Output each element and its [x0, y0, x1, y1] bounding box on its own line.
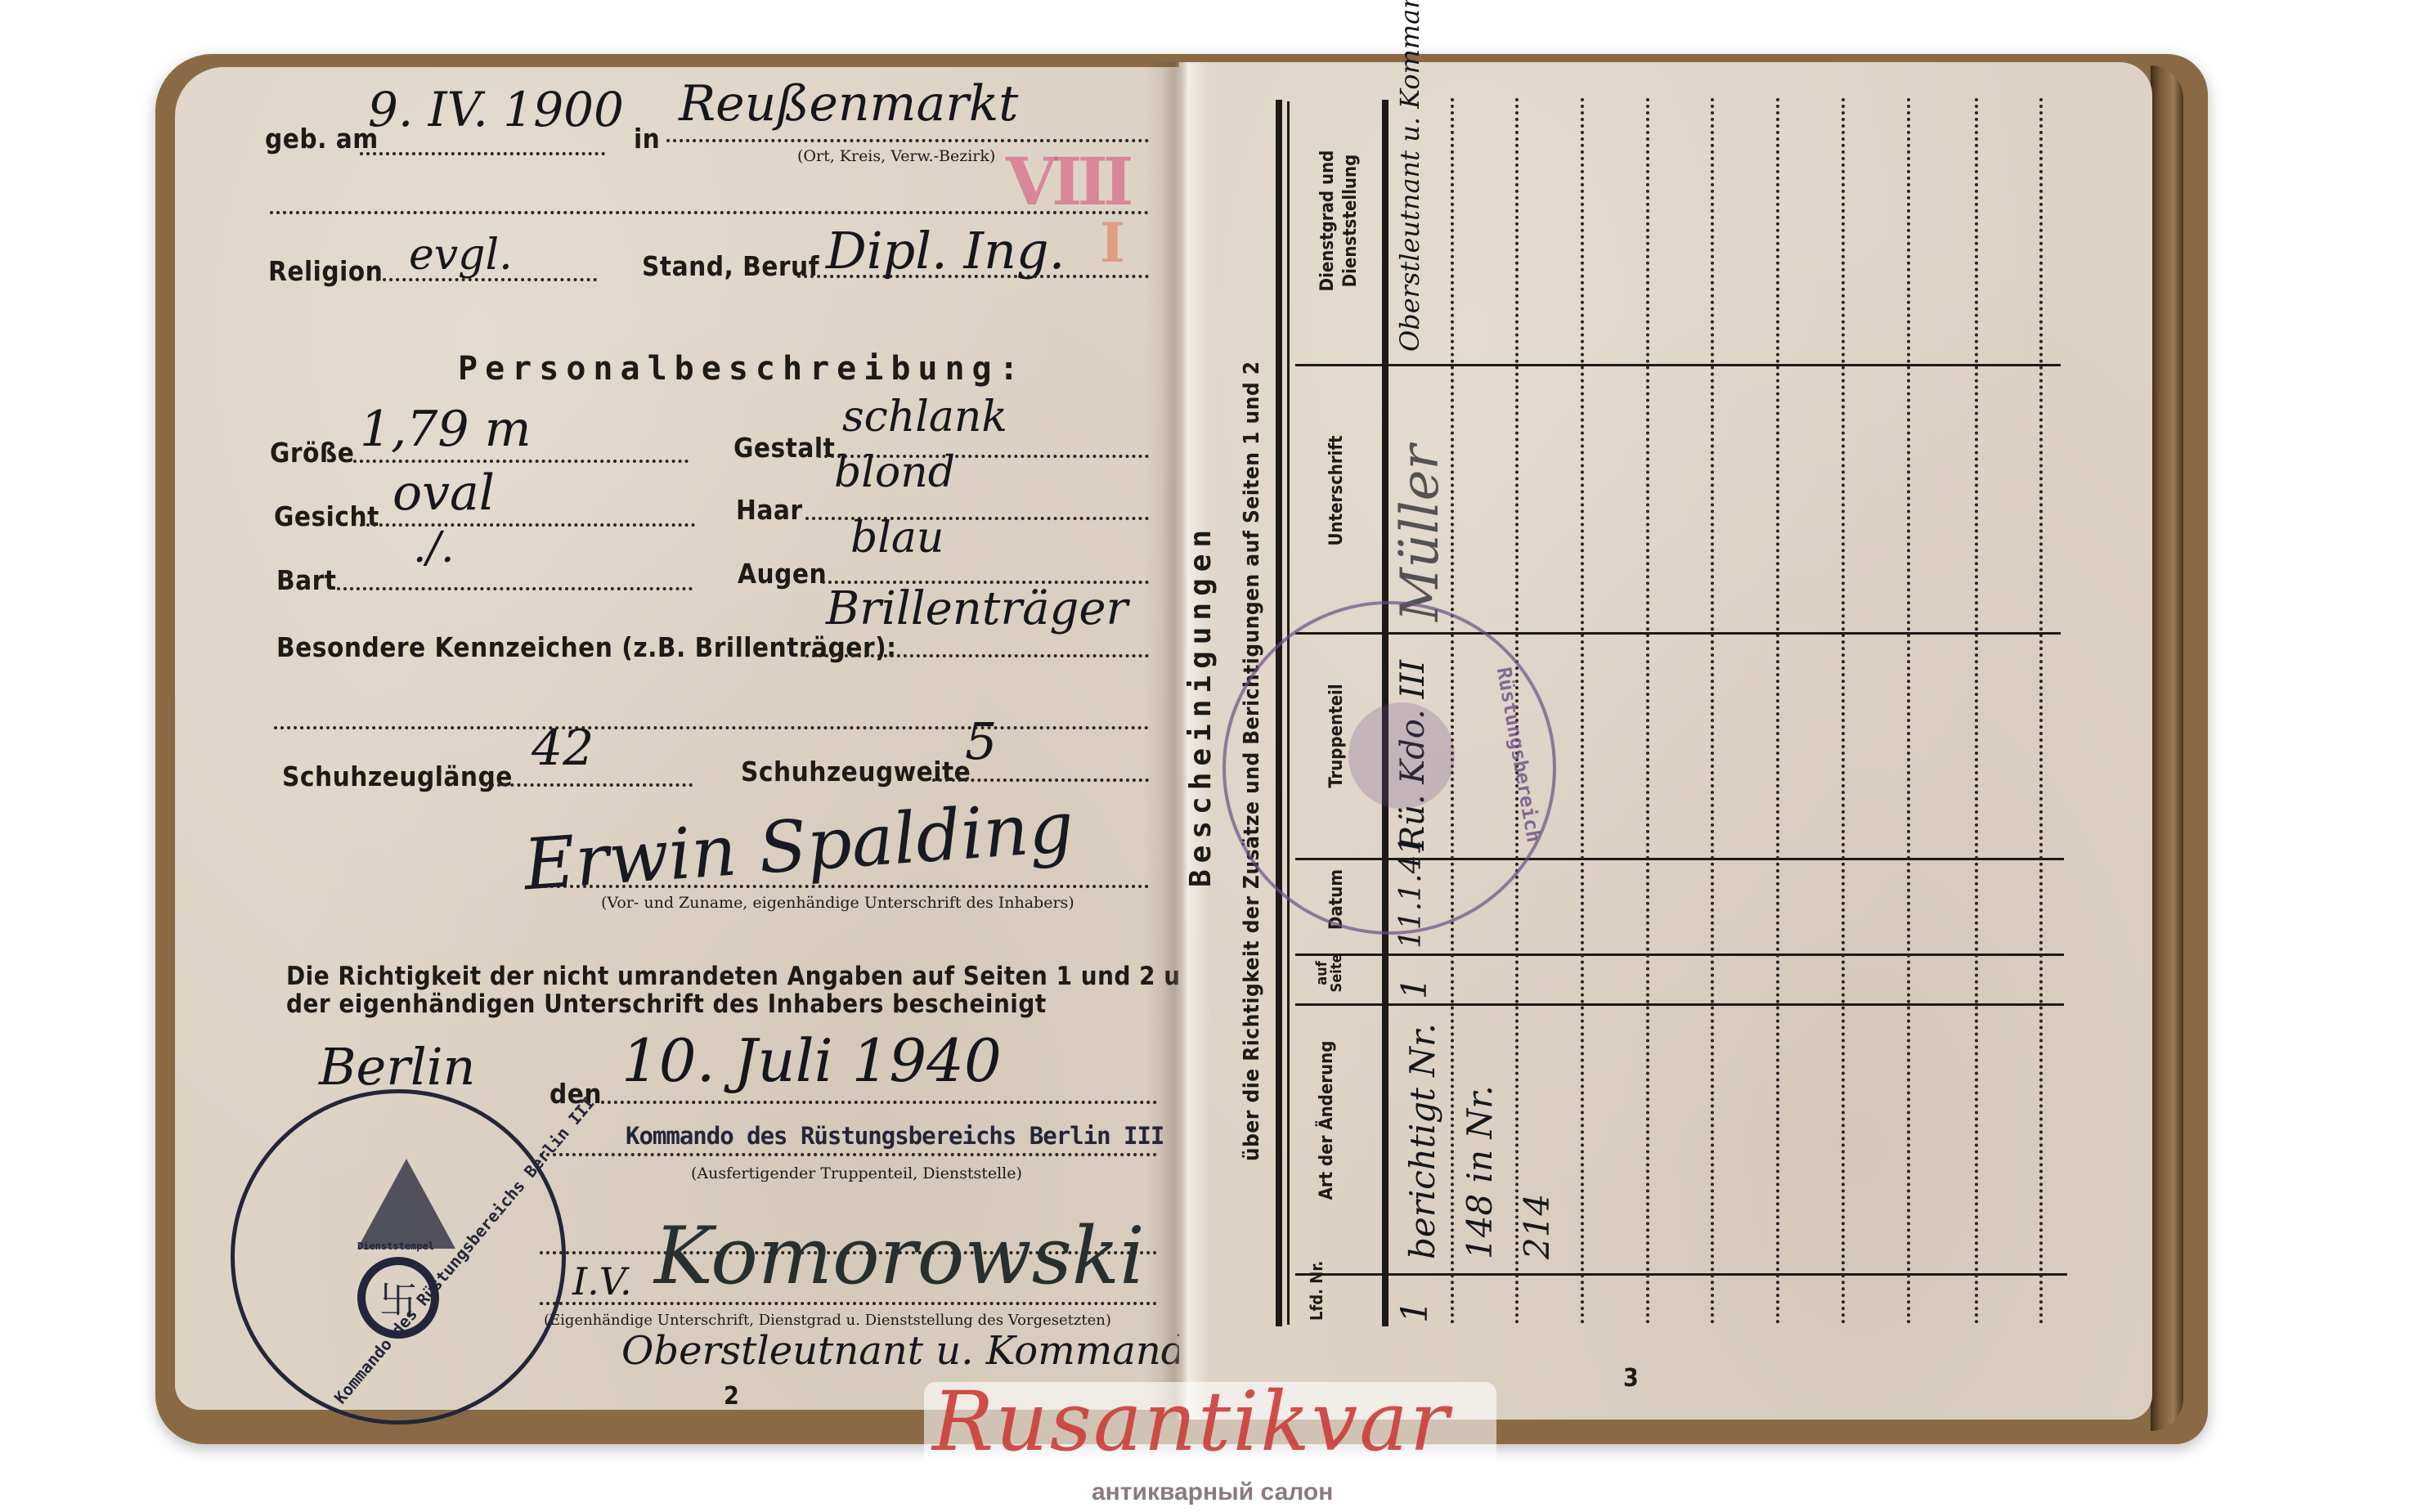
certification-line-1: Die Richtigkeit der nicht umrandeten Ang… [286, 962, 1213, 991]
right-page-title: Bescheinigungen [1184, 523, 1218, 887]
birth-place-value: Reußenmarkt [679, 75, 1018, 132]
col-header-auf-seite: auf Seite [1315, 949, 1344, 998]
entry-column-6 [1776, 98, 1779, 1325]
shoe-length-value: 42 [532, 720, 594, 777]
face-line [360, 523, 695, 527]
birth-place-label: in [634, 123, 660, 155]
special-marks-line [805, 654, 1149, 657]
beard-value: ./. [413, 523, 455, 572]
row-separator-4 [1295, 953, 2064, 956]
holder-signature-caption: (Vor- und Zuname, eigenhändige Unterschr… [601, 894, 1074, 912]
beard-line [337, 587, 693, 590]
shoe-length-line [484, 783, 693, 787]
height-value: 1,79 m [360, 401, 532, 458]
entry-column-9 [1975, 98, 1978, 1325]
watermark-brand: Rusantikvar [932, 1374, 1451, 1469]
beard-label: Bart [276, 564, 337, 596]
signature-prefix: I.V. [572, 1259, 632, 1303]
certification-place: Berlin [319, 1037, 475, 1097]
col-header-art: Art der Änderung [1317, 1039, 1337, 1202]
purple-stamp-emblem-icon [1348, 702, 1455, 809]
birth-date-value: 9. IV. 1900 [368, 82, 624, 137]
page-number-right: 3 [1623, 1364, 1639, 1393]
height-line [353, 460, 689, 463]
description-title: Personalbeschreibung: [458, 350, 1026, 388]
red-stamp-i: I [1100, 211, 1120, 275]
row1-art: berichtigt Nr. 148 in Nr. 214 [1394, 1014, 1566, 1259]
row1-unterschrift: Müller [1390, 445, 1451, 621]
round-stamp-center: Dienststempel [357, 1241, 434, 1252]
superior-signature-line-2 [540, 1302, 1157, 1305]
superior-signature-caption: (Eigenhändige Unterschrift, Dienstgrad u… [544, 1312, 1111, 1329]
shoe-length-label: Schuhzeuglänge [282, 760, 513, 792]
eyes-value: blau [850, 514, 944, 563]
eagle-icon [357, 1159, 455, 1249]
unit-caption: (Ausfertigender Truppenteil, Dienststell… [691, 1164, 1022, 1182]
entry-column-3 [1581, 98, 1584, 1325]
purple-round-stamp: Rüstungsbereich [1222, 601, 1556, 935]
page-number-left: 2 [724, 1382, 739, 1411]
row1-lfd-nr: 1 [1394, 1300, 1436, 1323]
date-line [601, 1101, 1157, 1104]
hair-label: Haar [736, 494, 803, 526]
religion-label: Religion [268, 255, 383, 287]
row1-dienstgrad: Oberstleutnant u. Kommandeur [1394, 0, 1425, 352]
hair-value: blond [834, 448, 955, 497]
row-separator-5 [1295, 1003, 2064, 1006]
shoe-width-value: 5 [965, 711, 997, 771]
blank-line-2 [274, 726, 1149, 729]
shoe-width-label: Schuhzeugweite [741, 756, 971, 787]
row-separator-6 [1295, 1273, 2067, 1276]
entry-column-10 [2039, 98, 2043, 1325]
col-header-dienstgrad: Dienstgrad und Dienststellung [1317, 106, 1362, 335]
entry-column-7 [1842, 98, 1845, 1325]
build-label: Gestalt [733, 432, 835, 464]
occupation-label: Stand, Beruf [642, 250, 819, 282]
special-marks-value: Brillenträger [826, 582, 1128, 635]
birth-place-hint: (Ort, Kreis, Verw.-Bezirk) [797, 147, 995, 165]
height-label: Größe [270, 437, 354, 469]
unit-stamp: Kommando des Rüstungsbereichs Berlin III [626, 1122, 1164, 1150]
religion-value: evgl. [409, 231, 513, 280]
round-stamp: Kommando des Rüstungsbereichs Berlin III… [231, 1089, 566, 1425]
occupation-value: Dipl. Ing. [826, 221, 1065, 280]
build-value: schlank [842, 393, 1007, 442]
superior-signature: Komorowski [654, 1210, 1145, 1302]
row1-auf-seite: 1 [1394, 977, 1434, 999]
face-label: Gesicht [274, 500, 379, 532]
shoe-width-line [932, 778, 1149, 782]
wreath-emblem-icon: 卐 [357, 1257, 439, 1339]
row-separator-1 [1295, 364, 2061, 366]
entry-column-5 [1711, 98, 1714, 1325]
unit-line [540, 1153, 1157, 1156]
face-value: oval [393, 464, 495, 522]
special-marks-label: Besondere Kennzeichen (z.B. Brillenträge… [276, 631, 897, 663]
watermark-subtitle: антикварный салон [1092, 1478, 1333, 1506]
birth-date-line [360, 152, 605, 155]
col-header-unterschrift: Unterschrift [1326, 384, 1347, 597]
certification-date: 10. Juli 1940 [621, 1026, 1002, 1095]
red-stamp-viii: VIII [1006, 143, 1128, 220]
col-header-lfd-nr: Lfd. Nr. [1307, 1273, 1326, 1321]
birth-place-line [666, 139, 1149, 142]
cover-edge [2151, 65, 2183, 1431]
birth-label: geb. am [265, 123, 379, 155]
certification-line-2: der eigenhändigen Unterschrift des Inhab… [286, 989, 1047, 1019]
entry-column-8 [1907, 98, 1910, 1325]
purple-stamp-text: Rüstungsbereich [1492, 666, 1545, 844]
eyes-label: Augen [738, 558, 827, 590]
entry-column-4 [1646, 98, 1649, 1325]
